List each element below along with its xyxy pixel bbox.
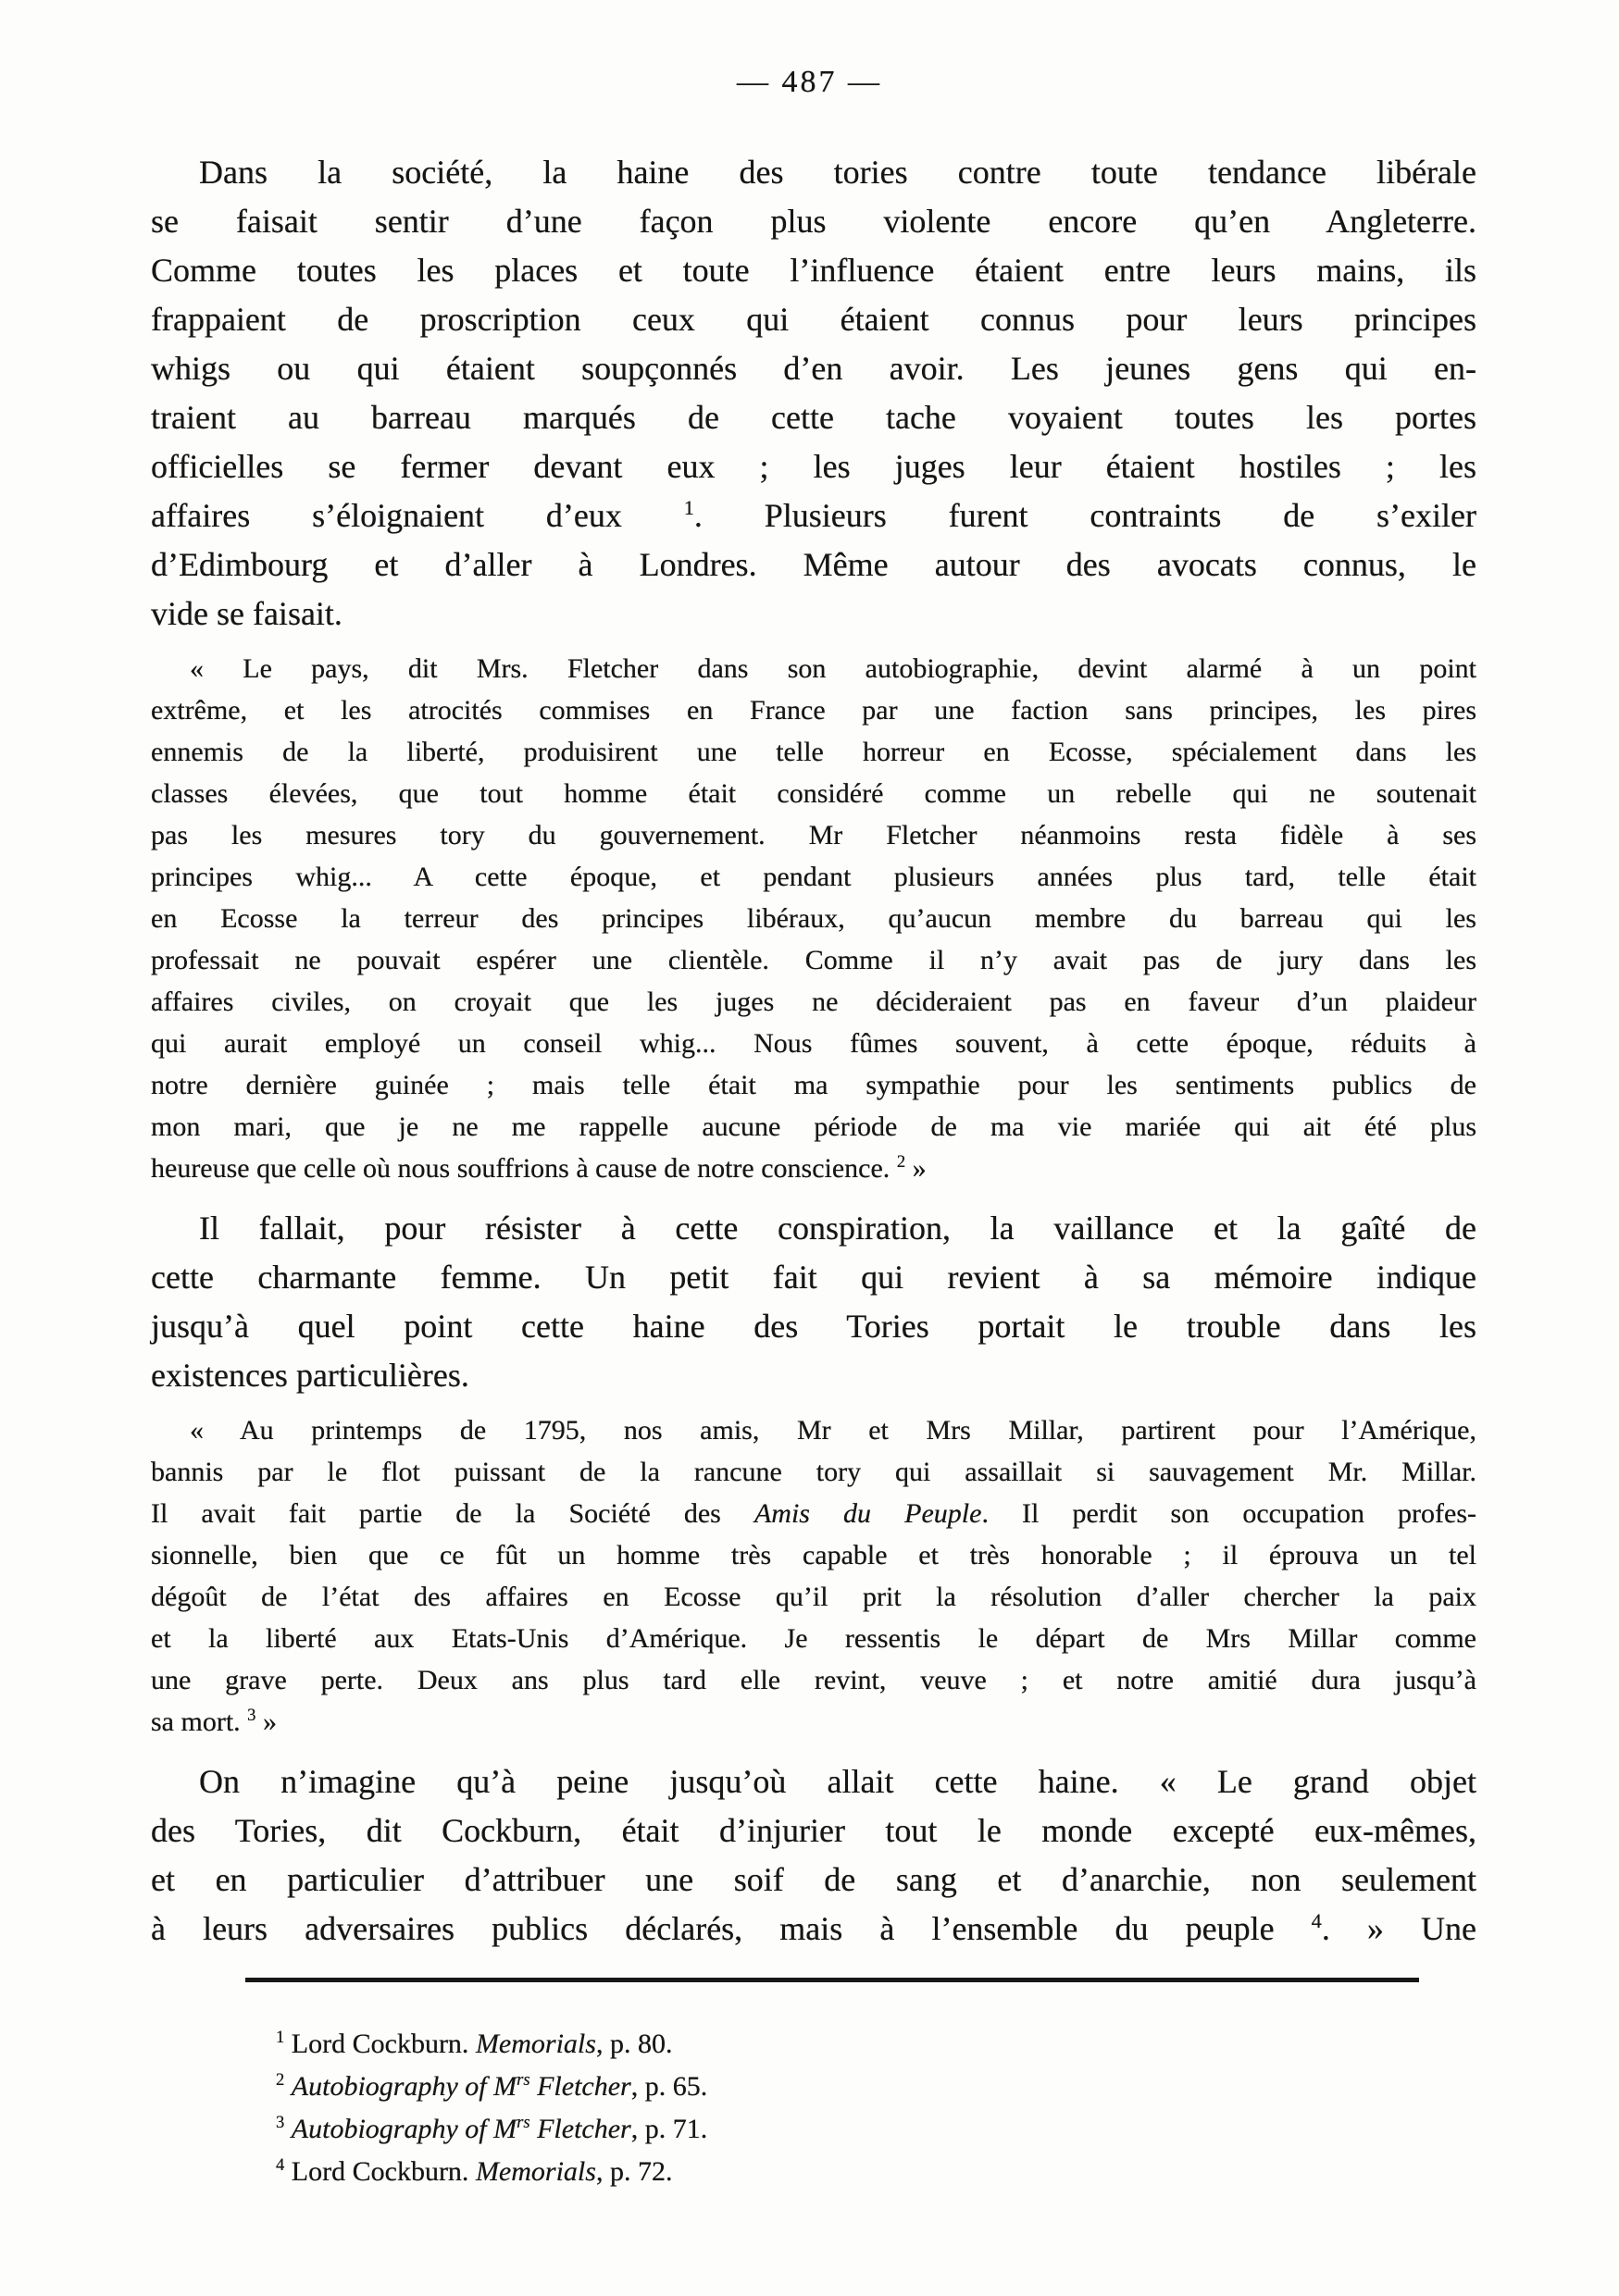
text-line: en Ecosse la terreur des principes libér…: [151, 898, 1476, 939]
blockquote: « Au printemps de 1795, nos amis, Mr et …: [151, 1409, 1476, 1743]
text-run: qui aurait employé un conseil whig... No…: [151, 1028, 1476, 1059]
text-line: d’Edimbourg et d’aller à Londres. Même a…: [151, 540, 1476, 590]
text-run: officielles se fermer devant eux ; les j…: [151, 448, 1476, 485]
text-run: , p. 72.: [596, 2156, 673, 2187]
text-run: en Ecosse la terreur des principes libér…: [151, 903, 1476, 934]
text-run: « Au printemps de 1795, nos amis, Mr et …: [190, 1415, 1476, 1446]
text-run: notre dernière guinée ; mais telle était…: [151, 1070, 1476, 1100]
text-line: se faisait sentir d’une façon plus viole…: [151, 197, 1476, 246]
text-run: vide se faisait.: [151, 595, 342, 632]
text-run: traient au barreau marqués de cette tach…: [151, 399, 1476, 436]
text-run: heureuse que celle où nous souffrions à …: [151, 1153, 897, 1184]
text-line: sa mort. 3 »: [151, 1701, 1476, 1743]
footnote-ref: 2: [276, 2070, 284, 2090]
text-line: Comme toutes les places et toute l’influ…: [151, 246, 1476, 295]
text-run: sionnelle, bien que ce fût un homme très…: [151, 1540, 1476, 1570]
paragraph: Il fallait, pour résister à cette conspi…: [151, 1204, 1476, 1400]
footnote: 4 Lord Cockburn. Memorials, p. 72.: [276, 2151, 1476, 2193]
text-line: officielles se fermer devant eux ; les j…: [151, 442, 1476, 491]
footnote-ref: 3: [276, 2113, 284, 2132]
text-line: affaires s’éloignaient d’eux 1. Plusieur…: [151, 491, 1476, 540]
text-run: frappaient de proscription ceux qui étai…: [151, 301, 1476, 338]
text-line: Il fallait, pour résister à cette conspi…: [151, 1204, 1476, 1253]
text-line: à leurs adversaires publics déclarés, ma…: [151, 1905, 1476, 1954]
text-run: , p. 65.: [631, 2071, 708, 2102]
text-line: dégoût de l’état des affaires en Ecosse …: [151, 1576, 1476, 1618]
text-run: . Plusieurs furent contraints de s’exile…: [694, 497, 1476, 534]
book-page: — 487 — Dans la société, la haine des to…: [0, 0, 1619, 2296]
text-run: et en particulier d’attribuer une soif d…: [151, 1861, 1476, 1898]
text-line: cette charmante femme. Un petit fait qui…: [151, 1253, 1476, 1302]
text-run: . Il perdit son occupation profes-: [981, 1498, 1476, 1529]
paragraph: Dans la société, la haine des tories con…: [151, 148, 1476, 639]
text-line: 1 Lord Cockburn. Memorials, p. 80.: [276, 2023, 1476, 2066]
footnote-ref: 2: [897, 1152, 905, 1172]
text-run: affaires civiles, on croyait que les jug…: [151, 987, 1476, 1017]
text-run: extrême, et les atrocités commises en Fr…: [151, 695, 1476, 726]
footnote-ref: rs: [517, 2070, 529, 2090]
text-run: mon mari, que je ne me rappelle aucune p…: [151, 1111, 1476, 1142]
text-run: « Le pays, dit Mrs. Fletcher dans son au…: [190, 653, 1476, 684]
footnotes: 1 Lord Cockburn. Memorials, p. 80.2 Auto…: [276, 2023, 1476, 2193]
text-run: [284, 2071, 292, 2102]
text-run: , p. 80.: [596, 2029, 673, 2059]
footnote: 1 Lord Cockburn. Memorials, p. 80.: [276, 2023, 1476, 2066]
text-run: Fletcher: [530, 2114, 631, 2144]
text-line: « Au printemps de 1795, nos amis, Mr et …: [151, 1409, 1476, 1451]
text-run: et la liberté aux Etats-Unis d’Amérique.…: [151, 1623, 1476, 1654]
text-line: Il avait fait partie de la Société des A…: [151, 1493, 1476, 1534]
paragraph: On n’imagine qu’à peine jusqu’où allait …: [151, 1757, 1476, 1954]
text-run: principes whig... A cette époque, et pen…: [151, 862, 1476, 892]
text-body: Dans la société, la haine des tories con…: [151, 148, 1476, 1954]
footnote-ref: rs: [517, 2113, 529, 2132]
text-run: jusqu’à quel point cette haine des Torie…: [151, 1308, 1476, 1345]
footnote-ref: 1: [276, 2028, 284, 2047]
text-line: professait ne pouvait espérer une client…: [151, 939, 1476, 981]
text-run: Il avait fait partie de la Société des: [151, 1498, 754, 1529]
text-run: , p. 71.: [631, 2114, 708, 2144]
text-run: pas les mesures tory du gouvernement. Mr…: [151, 820, 1476, 850]
text-line: heureuse que celle où nous souffrions à …: [151, 1148, 1476, 1189]
text-run: »: [905, 1153, 927, 1184]
text-run: whigs ou qui étaient soupçonnés d’en avo…: [151, 350, 1476, 387]
footnote: 3 Autobiography of Mrs Fletcher, p. 71.: [276, 2108, 1476, 2151]
text-line: mon mari, que je ne me rappelle aucune p…: [151, 1106, 1476, 1148]
page-number: — 487 —: [0, 0, 1619, 100]
text-line: classes élevées, que tout homme était co…: [151, 773, 1476, 814]
text-line: On n’imagine qu’à peine jusqu’où allait …: [151, 1757, 1476, 1806]
text-line: ennemis de la liberté, produisirent une …: [151, 731, 1476, 773]
text-run: Fletcher: [530, 2071, 631, 2102]
footnote-ref: 4: [276, 2155, 284, 2175]
text-line: whigs ou qui étaient soupçonnés d’en avo…: [151, 344, 1476, 393]
text-line: 3 Autobiography of Mrs Fletcher, p. 71.: [276, 2108, 1476, 2151]
blockquote: « Le pays, dit Mrs. Fletcher dans son au…: [151, 648, 1476, 1189]
text-run: cette charmante femme. Un petit fait qui…: [151, 1259, 1476, 1296]
text-line: et en particulier d’attribuer une soif d…: [151, 1855, 1476, 1905]
text-run: d’Edimbourg et d’aller à Londres. Même a…: [151, 546, 1476, 583]
text-line: et la liberté aux Etats-Unis d’Amérique.…: [151, 1618, 1476, 1659]
text-line: notre dernière guinée ; mais telle était…: [151, 1064, 1476, 1106]
text-run: On n’imagine qu’à peine jusqu’où allait …: [199, 1763, 1476, 1800]
text-run: professait ne pouvait espérer une client…: [151, 945, 1476, 975]
text-line: des Tories, dit Cockburn, était d’injuri…: [151, 1806, 1476, 1855]
text-run: Memorials: [476, 2029, 596, 2059]
text-line: traient au barreau marqués de cette tach…: [151, 393, 1476, 442]
text-line: sionnelle, bien que ce fût un homme très…: [151, 1534, 1476, 1576]
text-run: à leurs adversaires publics déclarés, ma…: [151, 1910, 1312, 1947]
text-line: bannis par le flot puissant de la rancun…: [151, 1451, 1476, 1493]
text-run: une grave perte. Deux ans plus tard elle…: [151, 1665, 1476, 1695]
footnote: 2 Autobiography of Mrs Fletcher, p. 65.: [276, 2066, 1476, 2108]
text-line: « Le pays, dit Mrs. Fletcher dans son au…: [151, 648, 1476, 689]
footnote-ref: 1: [684, 496, 694, 519]
text-run: classes élevées, que tout homme était co…: [151, 778, 1476, 809]
text-line: frappaient de proscription ceux qui étai…: [151, 295, 1476, 344]
text-run: bannis par le flot puissant de la rancun…: [151, 1457, 1476, 1487]
text-line: jusqu’à quel point cette haine des Torie…: [151, 1302, 1476, 1351]
text-line: affaires civiles, on croyait que les jug…: [151, 981, 1476, 1023]
text-line: extrême, et les atrocités commises en Fr…: [151, 689, 1476, 731]
text-run: Autobiography of M: [292, 2114, 517, 2144]
text-line: une grave perte. Deux ans plus tard elle…: [151, 1659, 1476, 1701]
text-line: Dans la société, la haine des tories con…: [151, 148, 1476, 197]
footnote-ref: 4: [1312, 1909, 1322, 1932]
text-line: 2 Autobiography of Mrs Fletcher, p. 65.: [276, 2066, 1476, 2108]
text-run: Lord Cockburn.: [284, 2029, 476, 2059]
text-line: 4 Lord Cockburn. Memorials, p. 72.: [276, 2151, 1476, 2193]
text-line: principes whig... A cette époque, et pen…: [151, 856, 1476, 898]
text-run: Il fallait, pour résister à cette conspi…: [199, 1210, 1476, 1247]
text-run: Comme toutes les places et toute l’influ…: [151, 252, 1476, 289]
text-run: Memorials: [476, 2156, 596, 2187]
footnote-separator: [245, 1978, 1419, 1982]
text-run: des Tories, dit Cockburn, était d’injuri…: [151, 1812, 1476, 1849]
text-run: dégoût de l’état des affaires en Ecosse …: [151, 1582, 1476, 1612]
text-run: affaires s’éloignaient d’eux: [151, 497, 684, 534]
text-line: existences particulières.: [151, 1351, 1476, 1400]
text-line: pas les mesures tory du gouvernement. Mr…: [151, 814, 1476, 856]
text-run: [284, 2114, 292, 2144]
text-run: Autobiography of M: [292, 2071, 517, 2102]
text-run: se faisait sentir d’une façon plus viole…: [151, 203, 1476, 240]
text-run: sa mort.: [151, 1706, 247, 1737]
text-line: vide se faisait.: [151, 590, 1476, 639]
text-run: Dans la société, la haine des tories con…: [199, 154, 1476, 191]
text-run: »: [255, 1706, 277, 1737]
text-run: Amis du Peuple: [754, 1498, 982, 1529]
text-run: Lord Cockburn.: [284, 2156, 476, 2187]
text-line: qui aurait employé un conseil whig... No…: [151, 1023, 1476, 1064]
text-run: existences particulières.: [151, 1357, 469, 1394]
text-run: ennemis de la liberté, produisirent une …: [151, 737, 1476, 767]
text-run: . » Une: [1322, 1910, 1476, 1947]
